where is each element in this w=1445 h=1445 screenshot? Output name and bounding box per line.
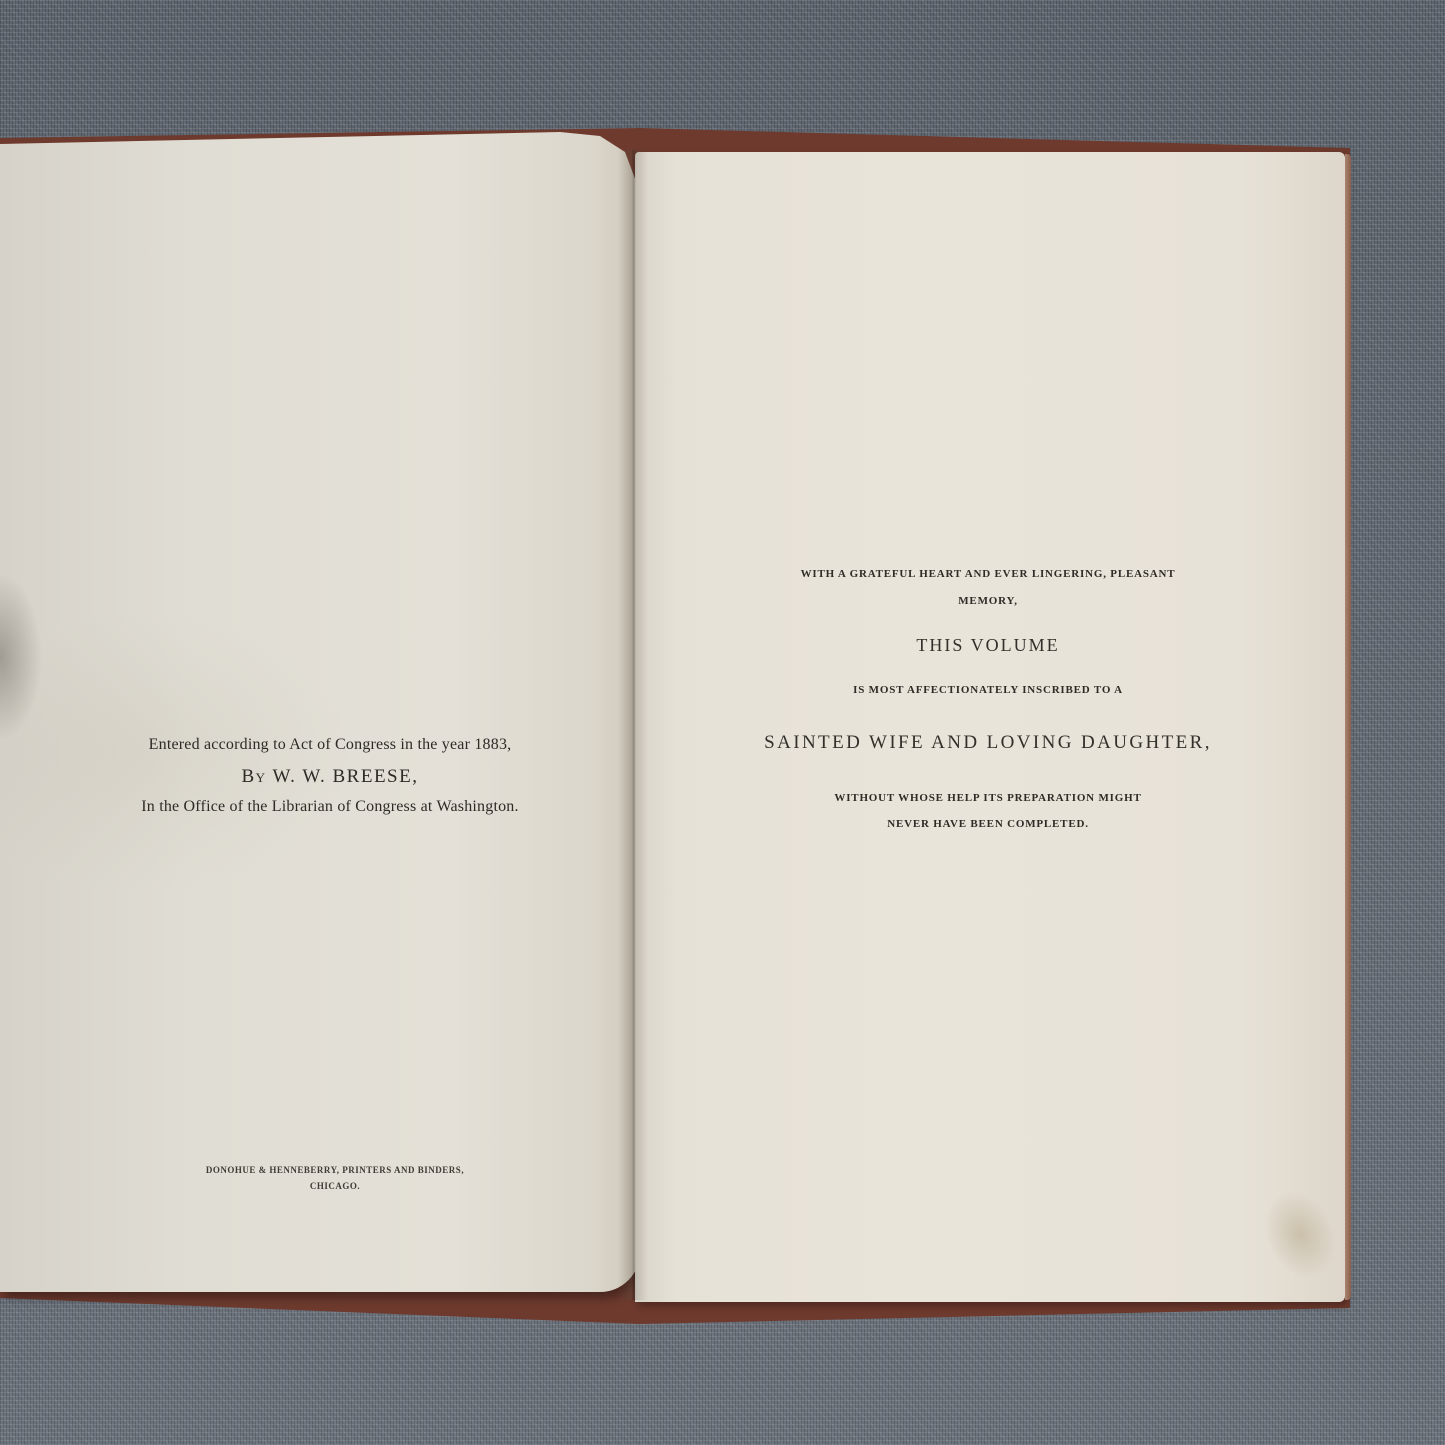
- copyright-author: By W. W. BREESE,: [115, 765, 545, 789]
- dedication-line-7: NEVER HAVE BEEN COMPLETED.: [728, 817, 1248, 831]
- dedication-line-6: WITHOUT WHOSE HELP ITS PREPARATION MIGHT: [728, 791, 1248, 805]
- dedication-recipients: SAINTED WIFE AND LOVING DAUGHTER,: [728, 731, 1248, 755]
- right-page-cover-edge: [1345, 154, 1351, 1300]
- dedication-line-1: WITH A GRATEFUL HEART AND EVER LINGERING…: [728, 567, 1248, 581]
- copyright-notice: Entered according to Act of Congress in …: [115, 735, 545, 817]
- dedication: WITH A GRATEFUL HEART AND EVER LINGERING…: [728, 567, 1248, 831]
- dedication-line-2: MEMORY,: [728, 594, 1248, 608]
- dedication-heading: THIS VOLUME: [728, 634, 1248, 656]
- dedication-line-4: IS MOST AFFECTIONATELY INSCRIBED TO A: [728, 683, 1248, 697]
- printer-imprint: DONOHUE & HENNEBERRY, PRINTERS AND BINDE…: [175, 1162, 495, 1194]
- copyright-line-3: In the Office of the Librarian of Congre…: [115, 797, 545, 817]
- copyright-line-1: Entered according to Act of Congress in …: [115, 735, 545, 755]
- left-page: [0, 132, 640, 1292]
- printer-city: CHICAGO.: [175, 1178, 495, 1194]
- printer-name: DONOHUE & HENNEBERRY, PRINTERS AND BINDE…: [175, 1162, 495, 1178]
